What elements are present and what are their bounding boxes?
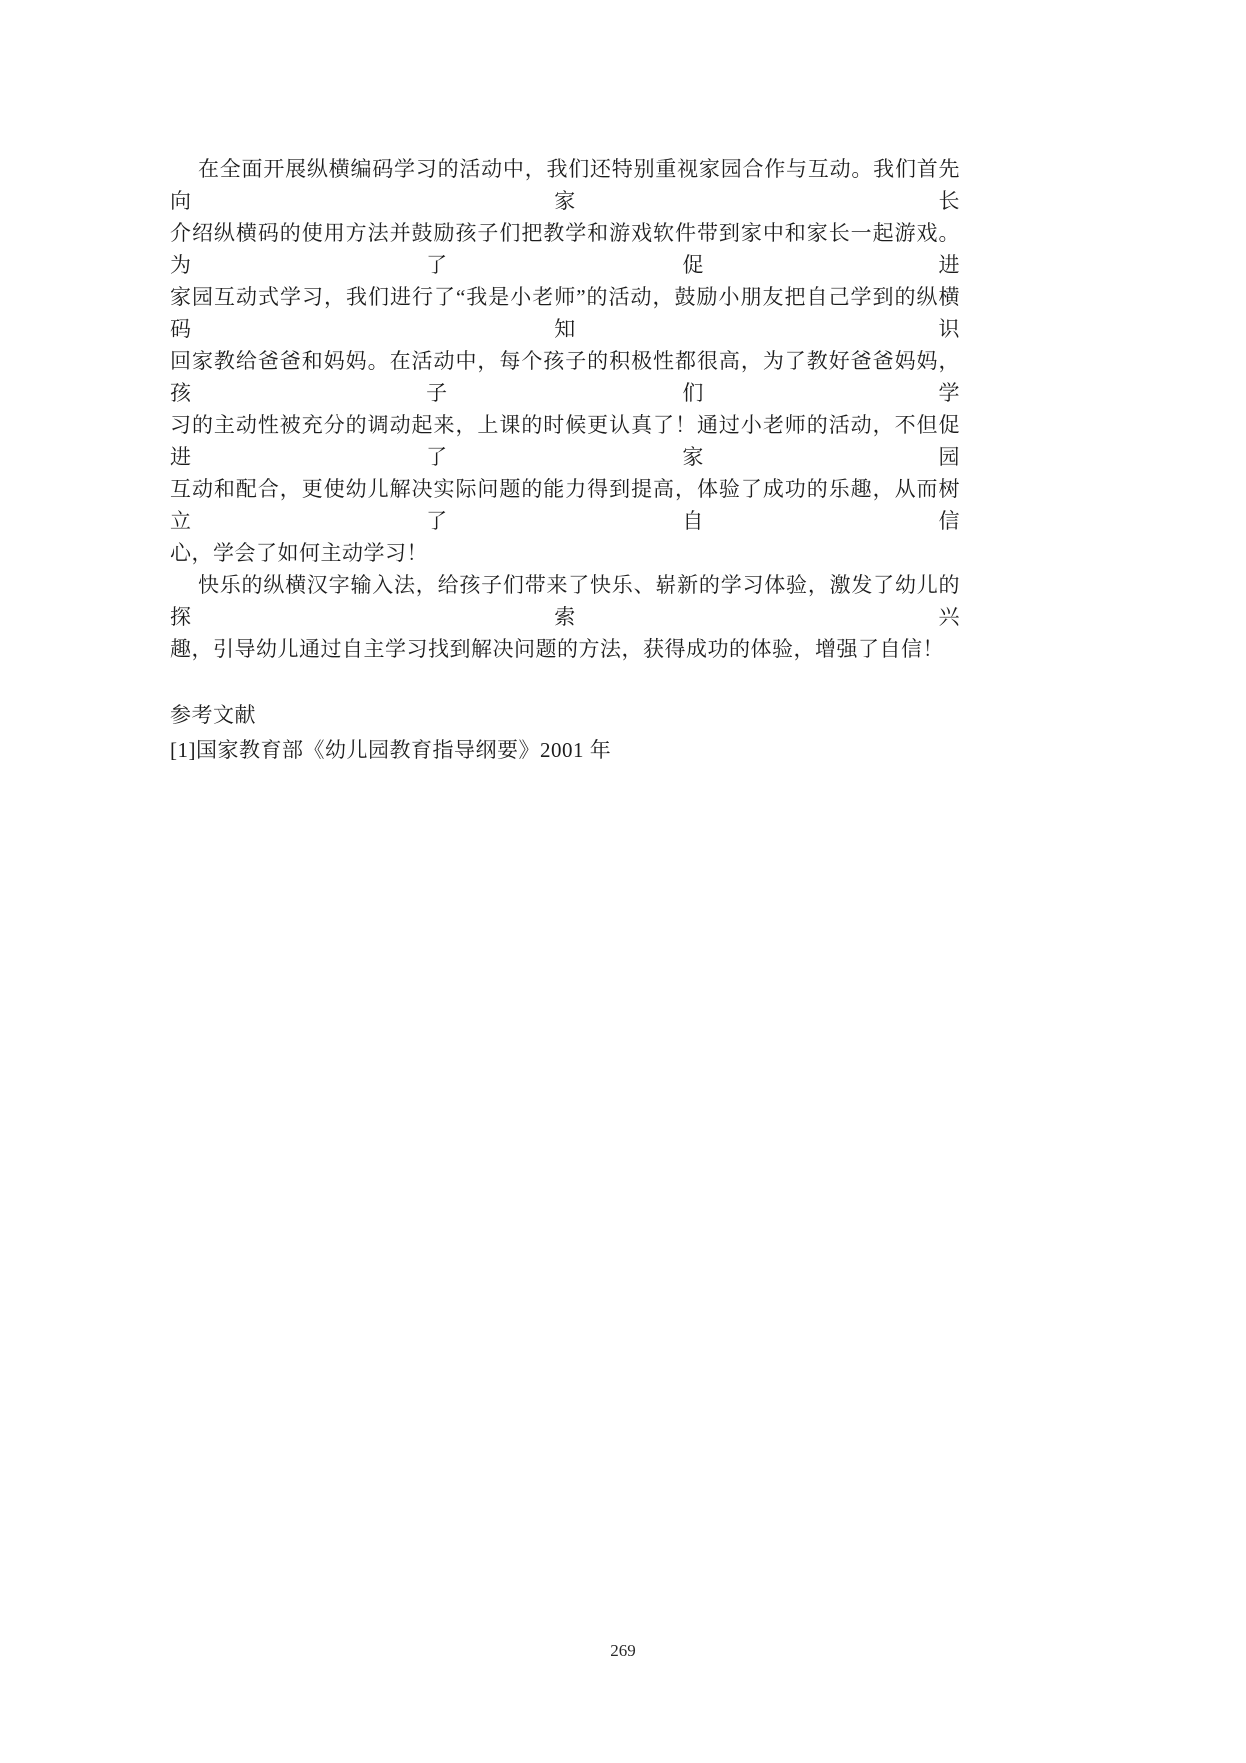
references-heading: 参考文献 [170, 699, 960, 731]
references-section: 参考文献 [1]国家教育部《幼儿园教育指导纲要》2001 年 [170, 699, 960, 766]
text-line: 介绍纵横码的使用方法并鼓励孩子们把教学和游戏软件带到家中和家长一起游戏。为了促进 [170, 217, 960, 281]
text-line: 快乐的纵横汉字输入法，给孩子们带来了快乐、崭新的学习体验，激发了幼儿的探索兴 [170, 569, 960, 633]
page-number: 269 [610, 1641, 636, 1660]
text-line: 习的主动性被充分的调动起来，上课的时候更认真了！通过小老师的活动，不但促进了家园 [170, 409, 960, 473]
body-paragraph-1: 在全面开展纵横编码学习的活动中，我们还特别重视家园合作与互动。我们首先向家长 介… [170, 153, 960, 569]
page-footer: 269 [0, 1640, 1246, 1662]
page-body: 在全面开展纵横编码学习的活动中，我们还特别重视家园合作与互动。我们首先向家长 介… [170, 153, 960, 766]
text-line: 心，学会了如何主动学习！ [170, 537, 960, 569]
body-paragraph-2: 快乐的纵横汉字输入法，给孩子们带来了快乐、崭新的学习体验，激发了幼儿的探索兴 趣… [170, 569, 960, 665]
document-page: 在全面开展纵横编码学习的活动中，我们还特别重视家园合作与互动。我们首先向家长 介… [0, 0, 1246, 1763]
text-line: 回家教给爸爸和妈妈。在活动中，每个孩子的积极性都很高，为了教好爸爸妈妈，孩子们学 [170, 345, 960, 409]
reference-item: [1]国家教育部《幼儿园教育指导纲要》2001 年 [170, 734, 960, 766]
text-line: 互动和配合，更使幼儿解决实际问题的能力得到提高，体验了成功的乐趣，从而树立了自信 [170, 473, 960, 537]
text-line: 家园互动式学习，我们进行了“我是小老师”的活动，鼓励小朋友把自己学到的纵横码知识 [170, 281, 960, 345]
text-line: 在全面开展纵横编码学习的活动中，我们还特别重视家园合作与互动。我们首先向家长 [170, 153, 960, 217]
text-line: 趣，引导幼儿通过自主学习找到解决问题的方法，获得成功的体验，增强了自信！ [170, 633, 960, 665]
